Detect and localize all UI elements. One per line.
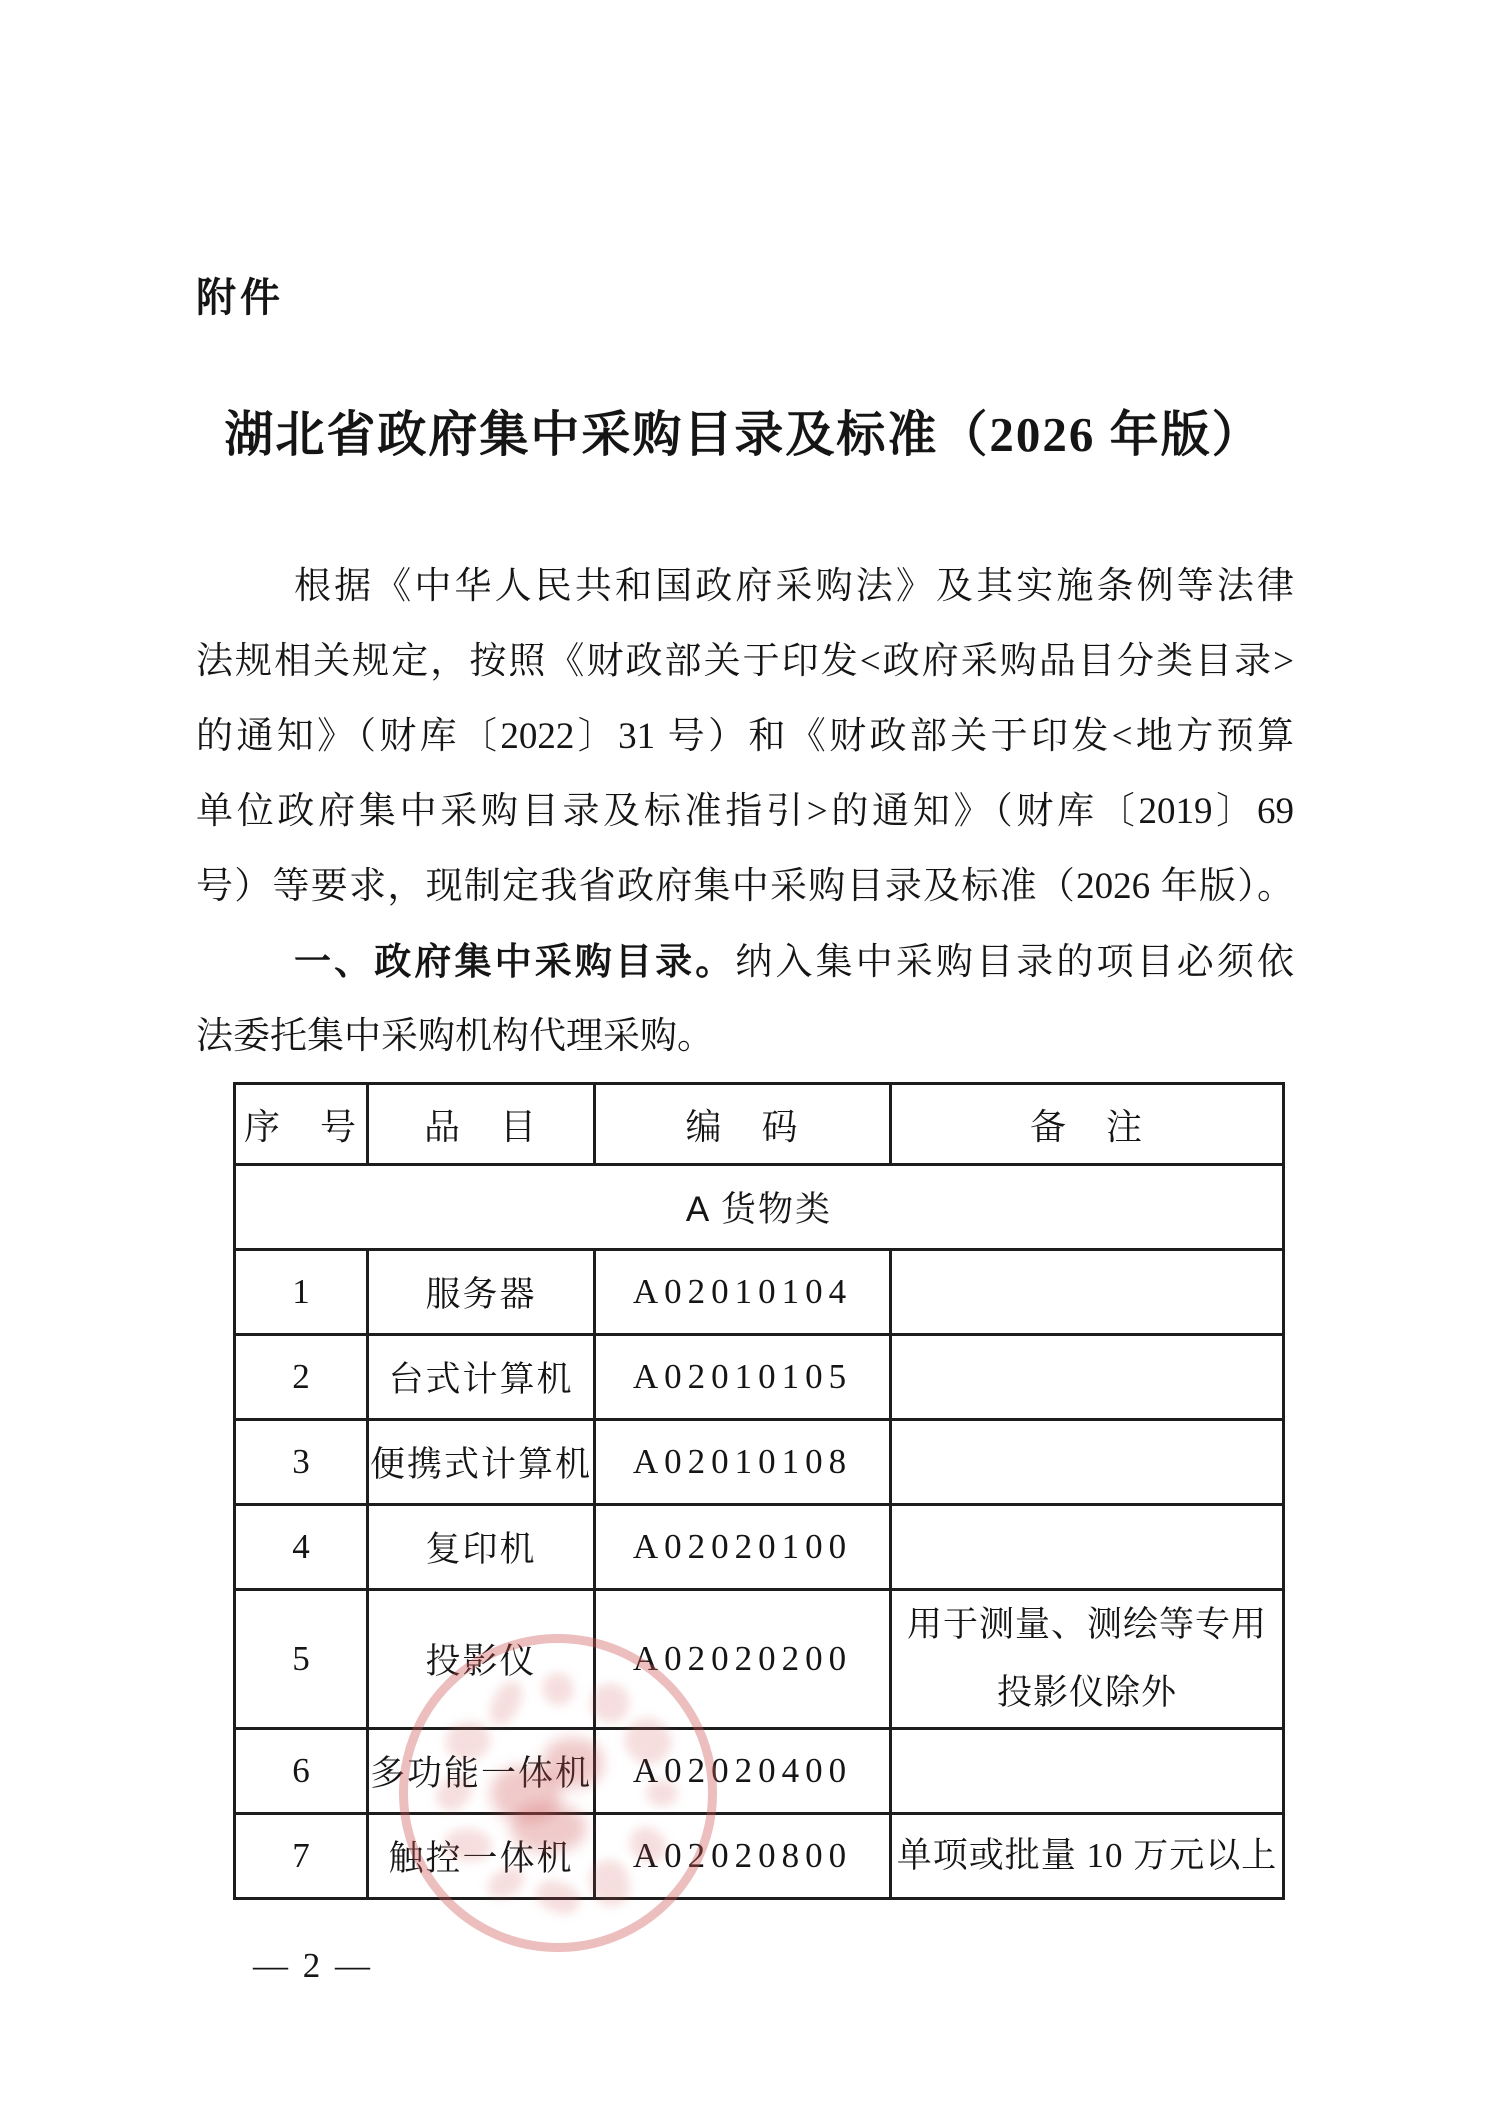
- cell-note: 用于测量、测绘等专用投影仪除外: [891, 1590, 1284, 1729]
- cell-item: 台式计算机: [368, 1335, 595, 1420]
- procurement-catalog-table: 序 号品 目编 码备 注 A 货物类 1服务器A020101042台式计算机A0…: [233, 1082, 1285, 1900]
- body-paragraphs: 根据《中华人民共和国政府采购法》及其实施条例等法律法规相关规定，按照《财政部关于…: [196, 549, 1294, 1074]
- cell-item: 复印机: [368, 1505, 595, 1590]
- cell-no: 1: [235, 1250, 368, 1335]
- cell-no: 7: [235, 1814, 368, 1899]
- cell-item: 服务器: [368, 1250, 595, 1335]
- cell-item: 触控一体机: [368, 1814, 595, 1899]
- cell-note: 单项或批量 10 万元以上: [891, 1814, 1284, 1899]
- cell-item: 多功能一体机: [368, 1729, 595, 1814]
- cell-note: [891, 1729, 1284, 1814]
- table-row: 3便携式计算机A02010108: [235, 1420, 1284, 1505]
- cell-note: [891, 1250, 1284, 1335]
- bold-heading-inline: 一、政府集中采购目录。: [294, 941, 735, 982]
- section-row: A 货物类: [235, 1165, 1284, 1250]
- column-header: 序 号: [235, 1084, 368, 1165]
- cell-no: 4: [235, 1505, 368, 1590]
- cell-code: A02020100: [595, 1505, 891, 1590]
- cell-code: A02020400: [595, 1729, 891, 1814]
- table-row: 6多功能一体机A02020400: [235, 1729, 1284, 1814]
- cell-no: 6: [235, 1729, 368, 1814]
- body-line: 法委托集中采购机构代理采购。: [196, 999, 1294, 1074]
- cell-item: 便携式计算机: [368, 1420, 595, 1505]
- cell-code: A02010108: [595, 1420, 891, 1505]
- attachment-label: 附件: [196, 266, 284, 323]
- cell-note: [891, 1420, 1284, 1505]
- cell-code: A02020800: [595, 1814, 891, 1899]
- table-row: 7触控一体机A02020800单项或批量 10 万元以上: [235, 1814, 1284, 1899]
- table-header-row: 序 号品 目编 码备 注: [235, 1084, 1284, 1165]
- table-row: 1服务器A02010104: [235, 1250, 1284, 1335]
- column-header: 品 目: [368, 1084, 595, 1165]
- body-line: 的通知》（财库〔2022〕31 号）和《财政部关于印发<地方预算: [196, 699, 1294, 774]
- cell-code: A02010105: [595, 1335, 891, 1420]
- table-row: 2台式计算机A02010105: [235, 1335, 1284, 1420]
- column-header: 编 码: [595, 1084, 891, 1165]
- cell-note: [891, 1505, 1284, 1590]
- cell-no: 2: [235, 1335, 368, 1420]
- cell-no: 5: [235, 1590, 368, 1729]
- body-line: 一、政府集中采购目录。纳入集中采购目录的项目必须依: [196, 924, 1294, 999]
- page-title: 湖北省政府集中采购目录及标准（2026 年版）: [0, 396, 1487, 466]
- body-line: 单位政府集中采购目录及标准指引>的通知》（财库〔2019〕69: [196, 774, 1294, 849]
- cell-code: A02020200: [595, 1590, 891, 1729]
- cell-note: [891, 1335, 1284, 1420]
- document-page: 附件 湖北省政府集中采购目录及标准（2026 年版） 根据《中华人民共和国政府采…: [0, 0, 1487, 2102]
- cell-code: A02010104: [595, 1250, 891, 1335]
- body-line: 号）等要求，现制定我省政府集中采购目录及标准（2026 年版）。: [196, 849, 1294, 924]
- table-row: 4复印机A02020100: [235, 1505, 1284, 1590]
- body-line: 根据《中华人民共和国政府采购法》及其实施条例等法律: [196, 549, 1294, 624]
- page-number: — 2 —: [228, 1946, 398, 1986]
- section-header-goods: A 货物类: [235, 1165, 1284, 1250]
- column-header: 备 注: [891, 1084, 1284, 1165]
- cell-no: 3: [235, 1420, 368, 1505]
- table-row: 5投影仪A02020200用于测量、测绘等专用投影仪除外: [235, 1590, 1284, 1729]
- body-line: 法规相关规定，按照《财政部关于印发<政府采购品目分类目录>: [196, 624, 1294, 699]
- cell-item: 投影仪: [368, 1590, 595, 1729]
